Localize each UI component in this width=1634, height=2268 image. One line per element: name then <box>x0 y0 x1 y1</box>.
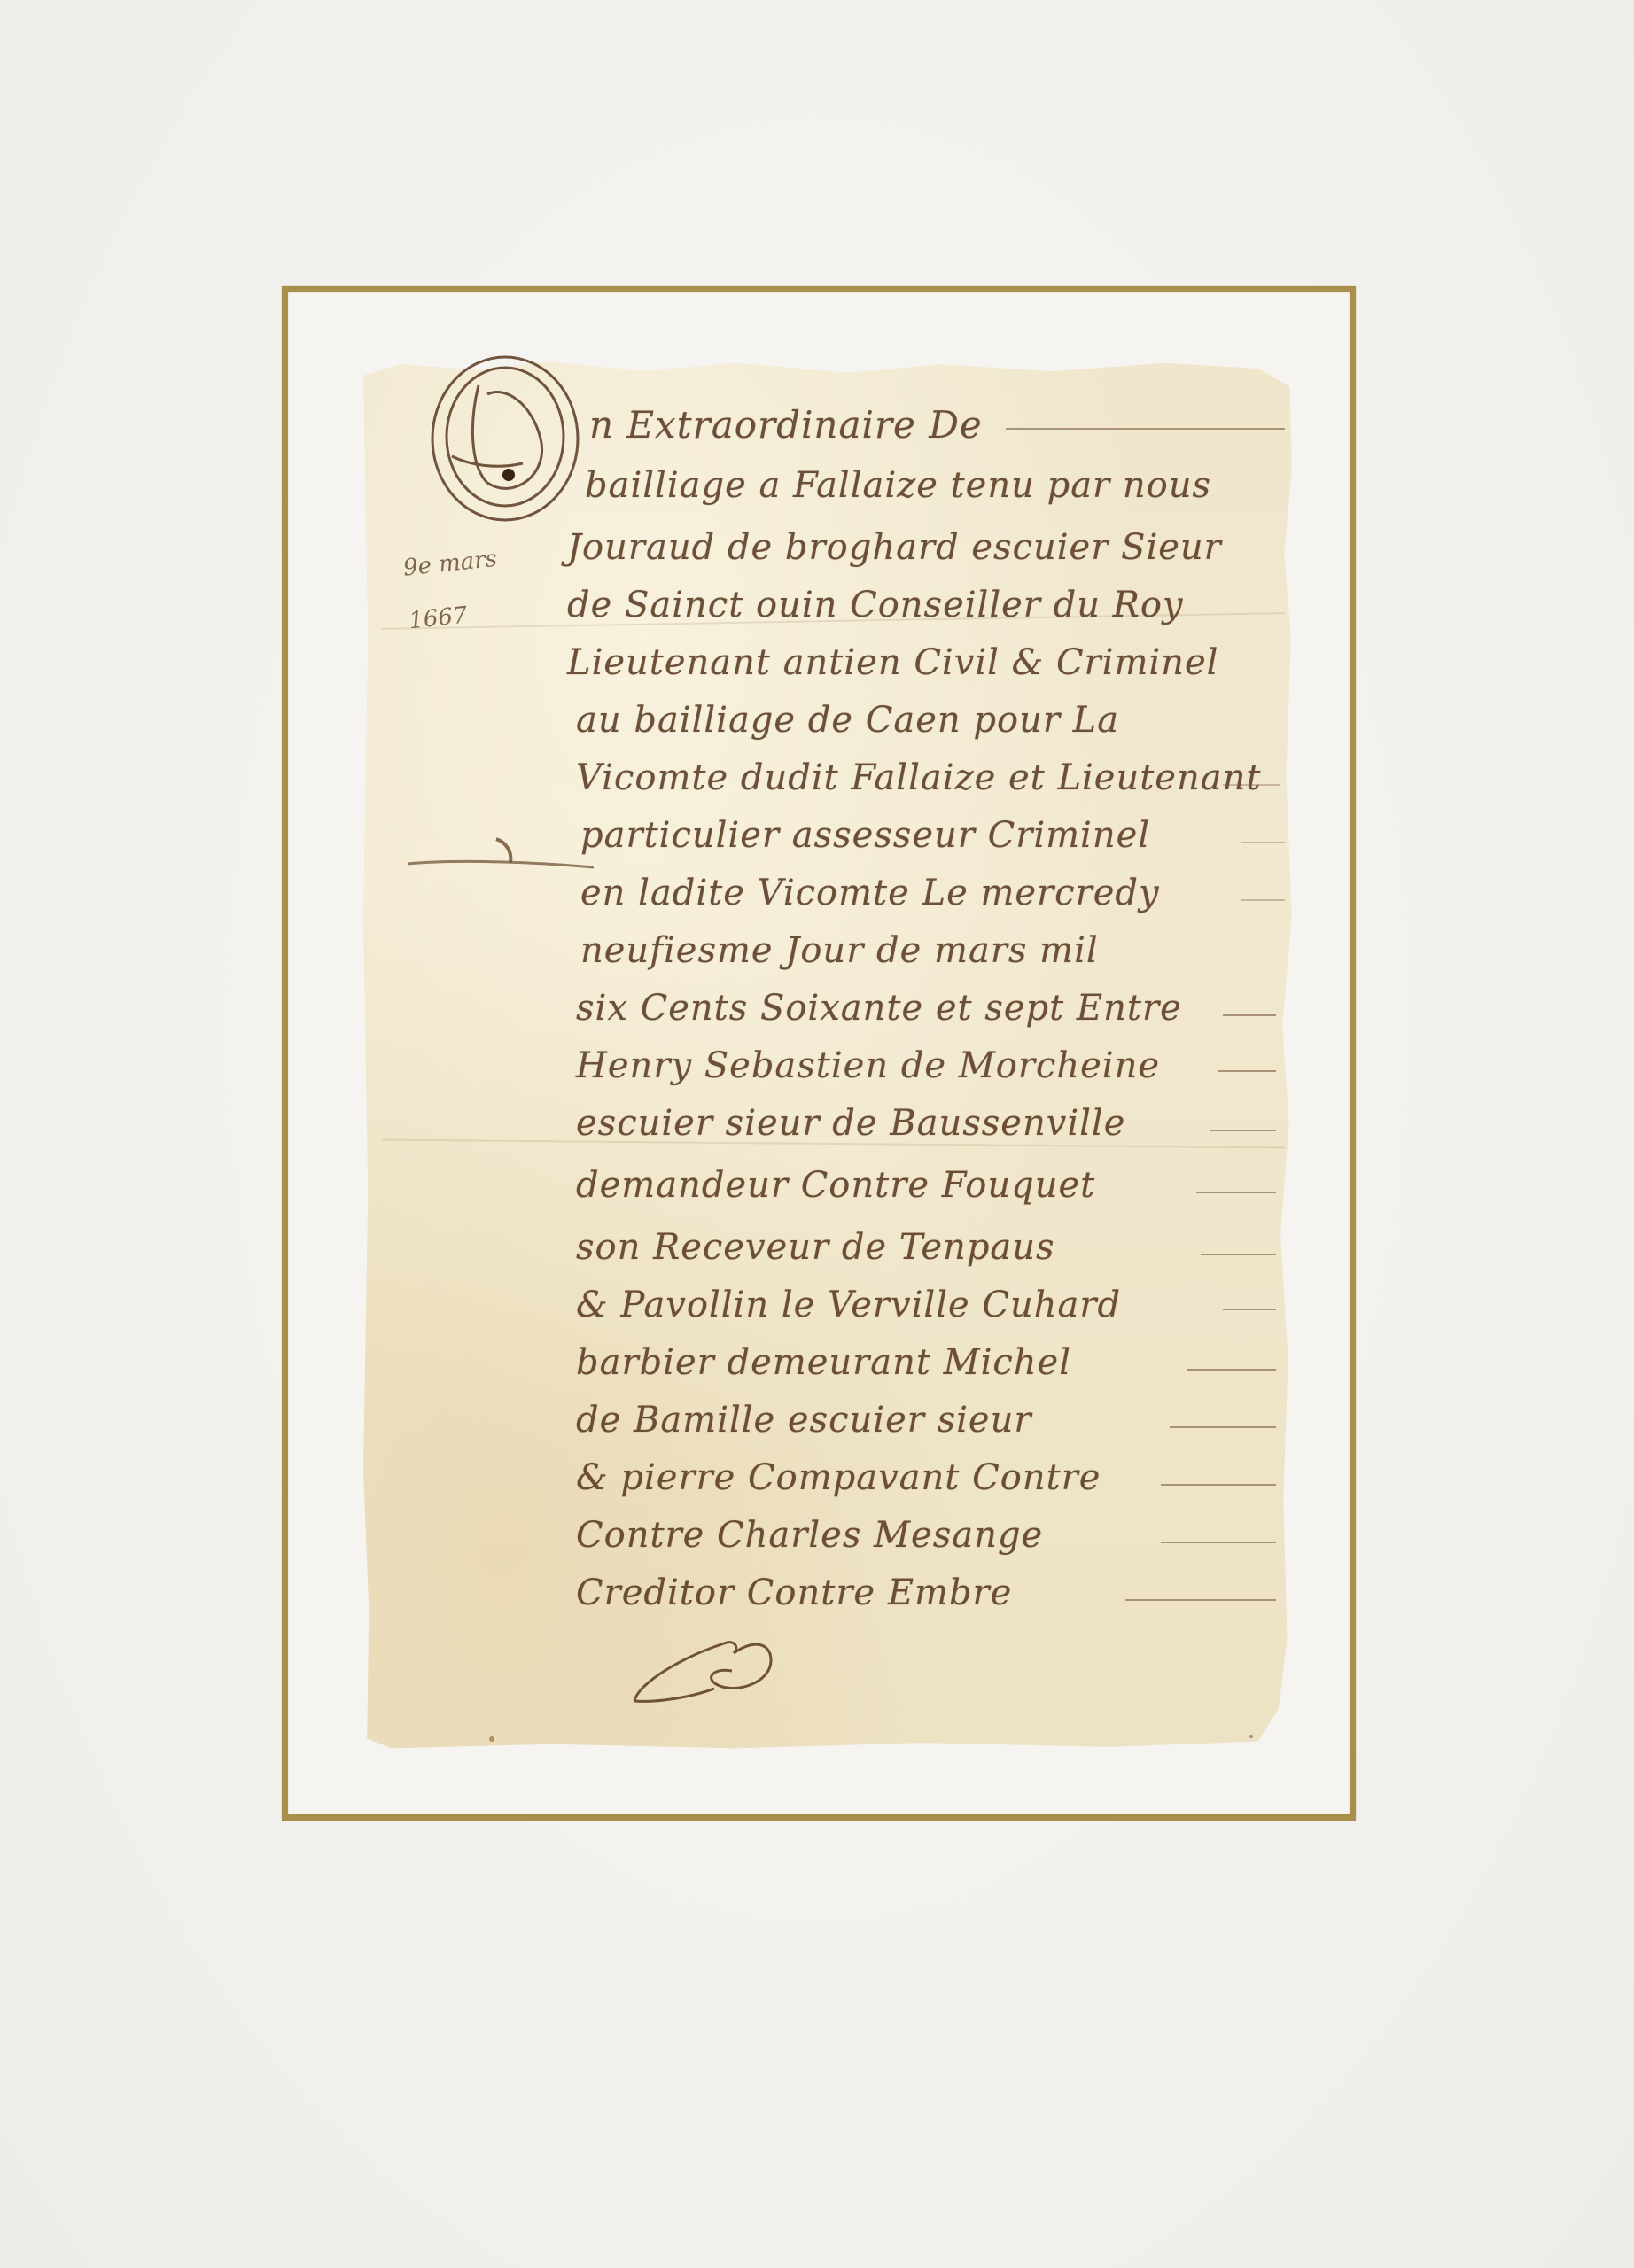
line-fill-rule <box>1201 1254 1276 1255</box>
manuscript-line-8: particulier assesseur Criminel <box>580 815 1150 856</box>
line-fill-rule <box>1161 1542 1276 1543</box>
decorated-initial-icon <box>416 350 594 527</box>
manuscript-line-12: Henry Sebastien de Morcheine <box>576 1045 1160 1086</box>
margin-note-day: 9e mars <box>402 546 499 582</box>
manuscript-line-17: barbier demeurant Michel <box>576 1342 1071 1383</box>
line-fill-rule <box>1187 1369 1276 1371</box>
manuscript-line-20: Contre Charles Mesange <box>576 1515 1043 1556</box>
manuscript-line-5: Lieutenant antien Civil & Criminel <box>567 642 1218 683</box>
line-fill-rule <box>1241 842 1285 843</box>
line-fill-rule <box>1223 1014 1276 1016</box>
line-fill-rule <box>1223 784 1280 786</box>
signature-paraph-icon <box>629 1630 780 1710</box>
manuscript-line-16: & Pavollin le Verville Cuhard <box>576 1285 1121 1325</box>
manuscript-line-19: & pierre Compavant Contre <box>576 1457 1101 1498</box>
line-fill-rule <box>1218 1070 1276 1072</box>
line-fill-rule <box>1241 899 1285 901</box>
foxing-spot <box>1249 1735 1253 1738</box>
manuscript-line-3: Jouraud de broghard escuier Sieur <box>567 527 1222 568</box>
manuscript-line-1: n Extraordinaire De <box>589 403 983 447</box>
manuscript-line-15: son Receveur de Tenpaus <box>576 1227 1055 1268</box>
manuscript-line-21: Creditor Contre Embre <box>576 1573 1012 1613</box>
line-fill-rule <box>1223 1309 1276 1310</box>
manuscript-line-2: bailliage a Fallaize tenu par nous <box>585 465 1211 506</box>
manuscript-line-6: au bailliage de Caen pour La <box>576 700 1119 741</box>
manuscript-line-9: en ladite Vicomte Le mercredy <box>580 873 1160 913</box>
margin-bracket-mark-icon <box>408 837 594 873</box>
line-fill-rule <box>1210 1130 1276 1131</box>
line-fill-rule <box>1170 1426 1276 1428</box>
line-fill-rule <box>1196 1192 1276 1193</box>
line-fill-rule <box>1125 1599 1276 1601</box>
manuscript-line-7: Vicomte dudit Fallaize et Lieutenant <box>576 757 1261 798</box>
line-fill-rule <box>1161 1484 1276 1486</box>
foxing-spot <box>489 1736 494 1742</box>
manuscript-line-18: de Bamille escuier sieur <box>576 1400 1031 1441</box>
manuscript-line-13: escuier sieur de Baussenville <box>576 1103 1125 1144</box>
line-fill-rule <box>1006 428 1285 430</box>
manuscript-line-10: neufiesme Jour de mars mil <box>580 930 1099 971</box>
manuscript-line-11: six Cents Soixante et sept Entre <box>576 988 1182 1029</box>
manuscript-line-14: demandeur Contre Fouquet <box>576 1165 1095 1206</box>
manuscript-line-4: de Sainct ouin Conseiller du Roy <box>567 585 1184 625</box>
margin-date-note: 9e mars 1667 <box>385 519 504 636</box>
